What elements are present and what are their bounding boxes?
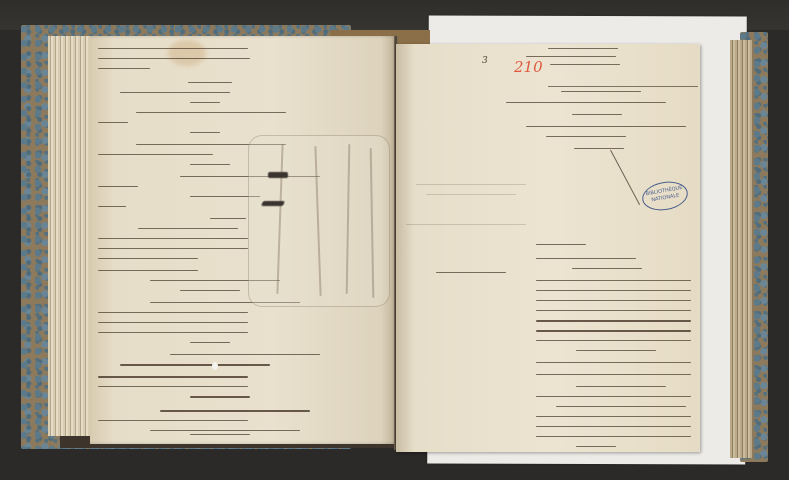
handwritten-line — [526, 56, 616, 57]
paper-hole — [212, 362, 218, 370]
handwritten-line — [536, 280, 691, 281]
handwritten-line — [548, 48, 618, 49]
handwritten-line — [556, 406, 686, 407]
handwritten-line — [536, 436, 691, 437]
handwritten-line — [120, 364, 270, 366]
page-edges-left — [48, 36, 90, 436]
handwritten-line — [536, 320, 691, 322]
pencil-folio-mark: 3 — [482, 56, 488, 66]
stain — [168, 40, 206, 66]
handwritten-line — [160, 410, 310, 412]
handwritten-line — [98, 258, 198, 259]
handwritten-line — [120, 92, 230, 93]
handwritten-line — [190, 396, 250, 398]
redaction-mark — [261, 201, 285, 206]
handwritten-line — [98, 58, 250, 59]
handwritten-line — [536, 244, 586, 245]
handwritten-line — [98, 420, 248, 421]
pencil-line — [370, 148, 375, 298]
handwritten-line — [576, 446, 616, 447]
handwritten-line — [536, 396, 691, 397]
handwritten-line — [98, 376, 248, 378]
handwritten-line — [190, 434, 250, 435]
handwritten-line — [98, 322, 248, 323]
folio-number: 210 — [514, 58, 543, 76]
handwritten-line — [576, 350, 656, 351]
handwritten-line — [98, 48, 248, 49]
handwritten-line — [526, 126, 686, 127]
handwritten-line — [190, 164, 230, 165]
handwritten-line — [190, 342, 230, 343]
pencil-line — [276, 144, 283, 294]
handwritten-line — [98, 248, 248, 249]
handwritten-line — [536, 374, 691, 375]
handwritten-line — [536, 340, 691, 341]
handwritten-line — [426, 194, 516, 195]
header-rule — [548, 86, 698, 87]
handwritten-line — [561, 91, 641, 92]
handwritten-line — [536, 330, 691, 332]
handwritten-line — [506, 102, 666, 103]
handwritten-line — [98, 332, 248, 333]
handwritten-line — [136, 112, 286, 113]
handwritten-line — [536, 362, 691, 363]
handwritten-line — [436, 272, 506, 273]
translucent-overlay-sheet — [248, 135, 390, 307]
handwritten-line — [170, 354, 320, 355]
handwritten-line — [536, 426, 691, 427]
handwritten-line — [180, 290, 240, 291]
page-edges-right — [730, 40, 752, 458]
handwritten-line — [98, 312, 248, 313]
handwritten-line — [536, 300, 691, 301]
handwritten-line — [536, 290, 691, 291]
handwritten-line — [188, 82, 232, 83]
handwritten-line — [190, 102, 220, 103]
handwritten-line — [576, 386, 666, 387]
handwritten-line — [98, 206, 126, 207]
handwritten-line — [98, 386, 248, 387]
handwritten-line — [416, 184, 526, 185]
pencil-line — [314, 146, 321, 296]
handwritten-line — [138, 228, 238, 229]
handwritten-line — [210, 218, 246, 219]
handwritten-line — [190, 132, 220, 133]
handwritten-line — [572, 268, 642, 269]
handwritten-line — [150, 430, 300, 431]
handwritten-line — [98, 186, 138, 187]
handwritten-line — [546, 136, 626, 137]
handwritten-line — [536, 258, 636, 259]
right-page — [396, 44, 700, 452]
handwritten-line — [98, 68, 150, 69]
handwritten-line — [98, 154, 213, 155]
handwritten-line — [536, 416, 691, 417]
handwritten-line — [572, 114, 622, 115]
handwritten-line — [574, 148, 624, 149]
redaction-mark — [268, 172, 288, 178]
handwritten-line — [536, 310, 691, 311]
pencil-line — [346, 144, 351, 294]
handwritten-line — [98, 238, 248, 239]
handwritten-line — [98, 270, 198, 271]
handwritten-line — [550, 64, 620, 65]
handwritten-line — [98, 122, 128, 123]
handwritten-line — [406, 224, 526, 225]
